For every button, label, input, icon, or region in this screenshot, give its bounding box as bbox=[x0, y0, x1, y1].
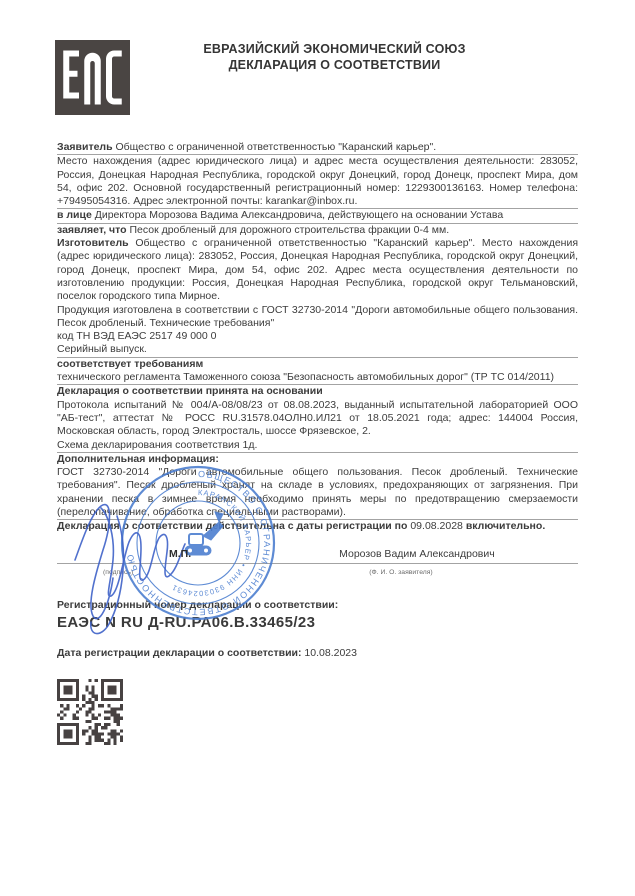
serial-row: Серийный выпуск. bbox=[57, 343, 578, 357]
document-title: ЕВРАЗИЙСКИЙ ЭКОНОМИЧЕСКИЙ СОЮЗ ДЕКЛАРАЦИ… bbox=[130, 40, 635, 115]
manufacturer-value: Общество с ограниченной ответственностью… bbox=[57, 237, 578, 302]
eac-logo-icon bbox=[55, 40, 130, 115]
qr-code bbox=[57, 679, 123, 745]
declaration-document: ЕАС ЕВРАЗИЙСКИЙ ЭКОНОМИЧЕСКИЙ СОЮЗ ДЕКЛА… bbox=[0, 0, 635, 896]
scheme-row: Схема декларирования соответствия 1д. bbox=[57, 439, 578, 453]
registration-date-label: Дата регистрации декларации о соответств… bbox=[57, 647, 302, 659]
in-person-label: в лице bbox=[57, 209, 92, 221]
document-header: ЕАС ЕВРАЗИЙСКИЙ ЭКОНОМИЧЕСКИЙ СОЮЗ ДЕКЛА… bbox=[0, 0, 635, 115]
validity-date: 09.08.2028 bbox=[410, 520, 463, 532]
registration-date-value: 10.08.2023 bbox=[304, 647, 357, 659]
complies-heading: соответствует требованиям bbox=[57, 358, 578, 371]
declares-value: Песок дробленый для дорожного строительс… bbox=[129, 224, 449, 236]
applicant-address: Место нахождения (адрес юридического лиц… bbox=[57, 155, 578, 209]
registration-date-row: Дата регистрации декларации о соответств… bbox=[57, 647, 578, 660]
stamp-place-label: М.П. bbox=[169, 548, 191, 561]
declares-label: заявляет, что bbox=[57, 224, 127, 236]
signature-area: ОБЩЕСТВО С ОГРАНИЧЕННОЙ ОТВЕТСТВЕННОСТЬЮ… bbox=[57, 536, 578, 584]
tn-ved-row: код ТН ВЭД ЕАЭС 2517 49 000 0 bbox=[57, 330, 578, 343]
document-body: Заявитель Общество с ограниченной ответс… bbox=[57, 141, 578, 745]
applicant-value: Общество с ограниченной ответственностью… bbox=[115, 141, 436, 153]
manufacturer-row: Изготовитель Общество с ограниченной отв… bbox=[57, 237, 578, 303]
basis-text: Протокола испытаний № 004/А-08/08/23 от … bbox=[57, 399, 578, 439]
applicant-label: Заявитель bbox=[57, 141, 113, 153]
title-line-1: ЕВРАЗИЙСКИЙ ЭКОНОМИЧЕСКИЙ СОЮЗ bbox=[130, 42, 539, 58]
handwritten-signature bbox=[57, 486, 237, 646]
in-person-row: в лице Директора Морозова Вадима Алексан… bbox=[57, 209, 578, 223]
complies-text: технического регламента Таможенного союз… bbox=[57, 371, 578, 385]
manufacturer-label: Изготовитель bbox=[57, 237, 129, 249]
title-line-2: ДЕКЛАРАЦИЯ О СООТВЕТСТВИИ bbox=[130, 58, 539, 74]
in-person-value: Директора Морозова Вадима Александровича… bbox=[95, 209, 503, 221]
signer-name: Морозов Вадим Александрович bbox=[339, 548, 495, 561]
basis-heading: Декларация о соответствии принята на осн… bbox=[57, 385, 578, 398]
declares-row: заявляет, что Песок дробленый для дорожн… bbox=[57, 224, 578, 237]
made-per-row: Продукция изготовлена в соответствии с Г… bbox=[57, 304, 578, 331]
fio-caption: (Ф. И. О. заявителя) bbox=[369, 566, 432, 579]
validity-suffix: включительно. bbox=[466, 520, 545, 532]
applicant-row: Заявитель Общество с ограниченной ответс… bbox=[57, 141, 578, 155]
